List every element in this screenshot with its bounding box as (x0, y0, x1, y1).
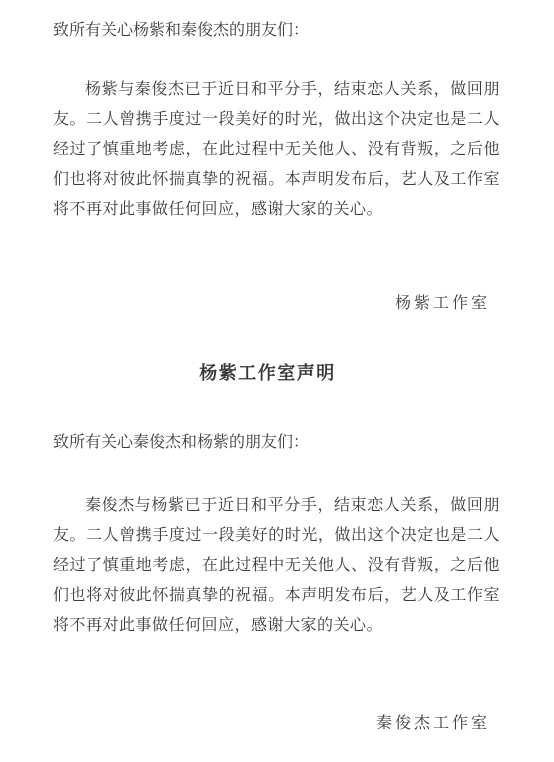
qinjunjie-statement-greeting: 致所有关心秦俊杰和杨紫的朋友们： (53, 426, 500, 458)
yangzi-statement-signature: 杨紫工作室 (53, 288, 500, 318)
yangzi-statement-greeting: 致所有关心杨紫和秦俊杰的朋友们： (53, 14, 500, 46)
statement-title: 杨紫工作室声明 (53, 358, 500, 390)
yangzi-statement-body: 杨紫与秦俊杰已于近日和平分手，结束恋人关系，做回朋友。二人曾携手度过一段美好的时… (53, 74, 500, 224)
qinjunjie-statement-body: 秦俊杰与杨紫已于近日和平分手，结束恋人关系，做回朋友。二人曾携手度过一段美好的时… (53, 490, 500, 640)
announcement-page: 致所有关心杨紫和秦俊杰的朋友们： 杨紫与秦俊杰已于近日和平分手，结束恋人关系，做… (0, 0, 554, 762)
qinjunjie-statement-signature: 秦俊杰工作室 (53, 708, 500, 738)
